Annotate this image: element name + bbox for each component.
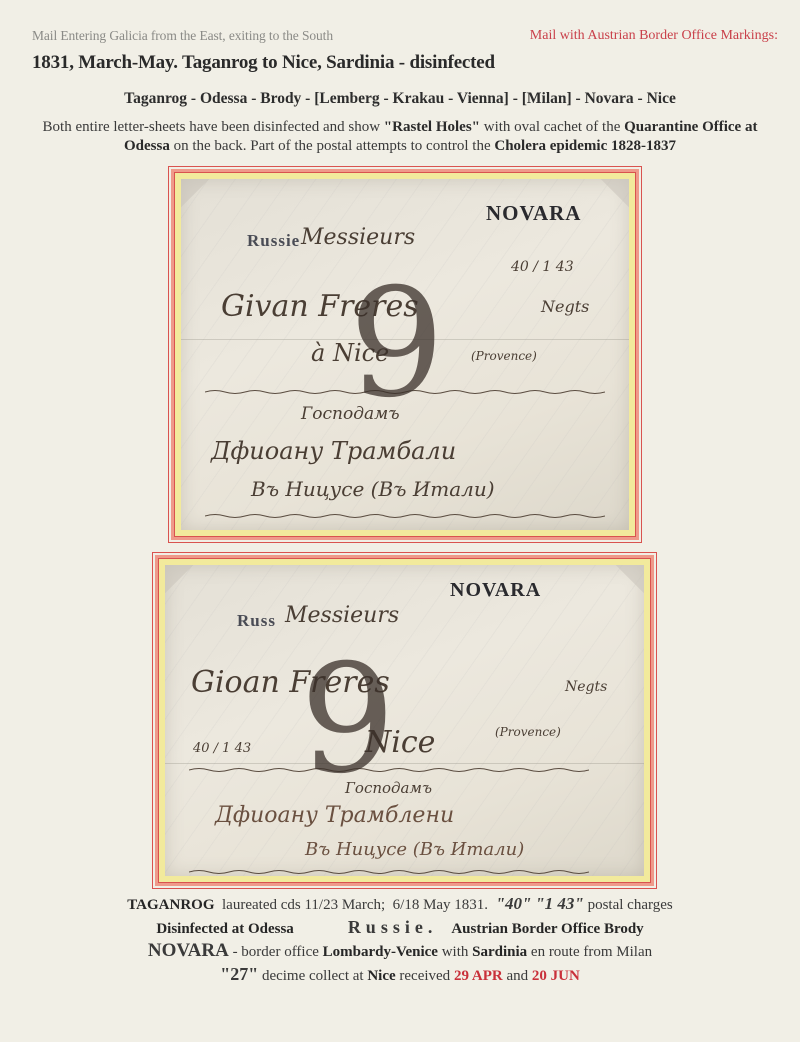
desc-text: on the back. Part of the postal attempts… [170,138,495,154]
caption-line-1: TAGANROG laureated cds 11/23 March; 6/18… [0,893,800,916]
caption-line-2: Disinfected at OdessaRussie.Austrian Bor… [0,916,800,940]
header-exhibit-category: Mail with Austrian Border Office Marking… [530,28,778,44]
russie-handstamp: Russie [247,231,300,251]
header-section-title: Mail Entering Galicia from the East, exi… [32,28,333,44]
flourish-line [189,869,589,875]
address-line-2b: Negts [565,679,607,695]
caption-line-3: NOVARA - border office Lombardy-Venice w… [0,940,800,963]
caption-text: and [503,968,532,984]
address-line-1: Messieurs [285,603,399,628]
cyrillic-address-3: Въ Ницусе (Въ Итали) [305,839,524,860]
caption-text: postal charges [584,897,673,913]
letter-frame-1: NOVARA Russie Messieurs 40 / 1 43 Givan … [168,166,642,543]
caption-text: laureated cds 11/23 March; 6/18 May 1831… [215,897,496,913]
page-title: 1831, March-May. Taganrog to Nice, Sardi… [32,52,495,74]
russie-handstamp: Russ [237,611,276,631]
corner-fold [601,179,629,207]
letter-frame-2: NOVARA Russ Messieurs Gioan Freres Negts… [152,552,657,889]
route-line: Taganrog - Odessa - Brody - [Lemberg - K… [0,90,800,108]
frame-mat: NOVARA Russ Messieurs Gioan Freres Negts… [155,555,654,886]
letter-sheet-2: NOVARA Russ Messieurs Gioan Freres Negts… [165,565,644,876]
caption-charge-143: "1 43" [535,894,584,913]
corner-fold [165,565,193,593]
desc-rastel-holes: "Rastel Holes" [384,119,480,135]
address-line-2b: Negts [541,297,589,316]
caption-line-4: "27" decime collect at Nice received 29 … [0,963,800,987]
caption-russie: Russie. [348,917,438,937]
novara-handstamp: NOVARA [486,201,581,226]
address-line-3b: (Provence) [471,349,537,363]
caption-text: en route from Milan [527,944,652,960]
desc-text: Both entire letter-sheets have been disi… [43,119,384,135]
address-line-3b: (Provence) [495,725,561,739]
caption-text: decime collect at [258,968,367,984]
description: Both entire letter-sheets have been disi… [20,118,780,156]
caption-date-jun: 20 JUN [532,968,580,984]
caption-decime-27: "27" [220,964,258,984]
novara-handstamp: NOVARA [450,579,541,602]
caption-date-apr: 29 APR [454,968,503,984]
letter-sheet-1: NOVARA Russie Messieurs 40 / 1 43 Givan … [181,179,629,530]
corner-fold [181,179,209,207]
caption: TAGANROG laureated cds 11/23 March; 6/18… [0,893,800,987]
frame-mat: NOVARA Russie Messieurs 40 / 1 43 Givan … [171,169,639,540]
caption-lombardy-venice: Lombardy-Venice [323,944,438,960]
cyrillic-address-3: Въ Ницусе (Въ Итали) [251,477,495,501]
address-line-1: Messieurs [301,225,415,250]
caption-brody: Austrian Border Office Brody [451,921,643,937]
caption-novara: NOVARA [148,940,229,961]
flourish-line [205,513,605,519]
corner-fold [616,565,644,593]
postage-due-mark: 9 [349,269,444,419]
caption-sardinia: Sardinia [472,944,527,960]
caption-disinfected: Disinfected at Odessa [156,921,294,937]
desc-cholera: Cholera epidemic 1828-1837 [494,138,676,154]
caption-text: with [438,944,472,960]
caption-taganrog: TAGANROG [127,897,214,913]
cyrillic-address-2: Дфиоану Трамбали [211,437,456,465]
caption-charge-40: "40" [496,894,532,913]
caption-text: received [396,968,454,984]
caption-nice: Nice [367,968,395,984]
rate-marks: 40 / 1 43 [193,741,251,756]
rate-marks: 40 / 1 43 [511,259,574,275]
postage-due-mark: 9 [300,645,395,795]
desc-text: with oval cachet of the [480,119,624,135]
fold-line [165,763,644,764]
caption-text: - border office [229,944,323,960]
